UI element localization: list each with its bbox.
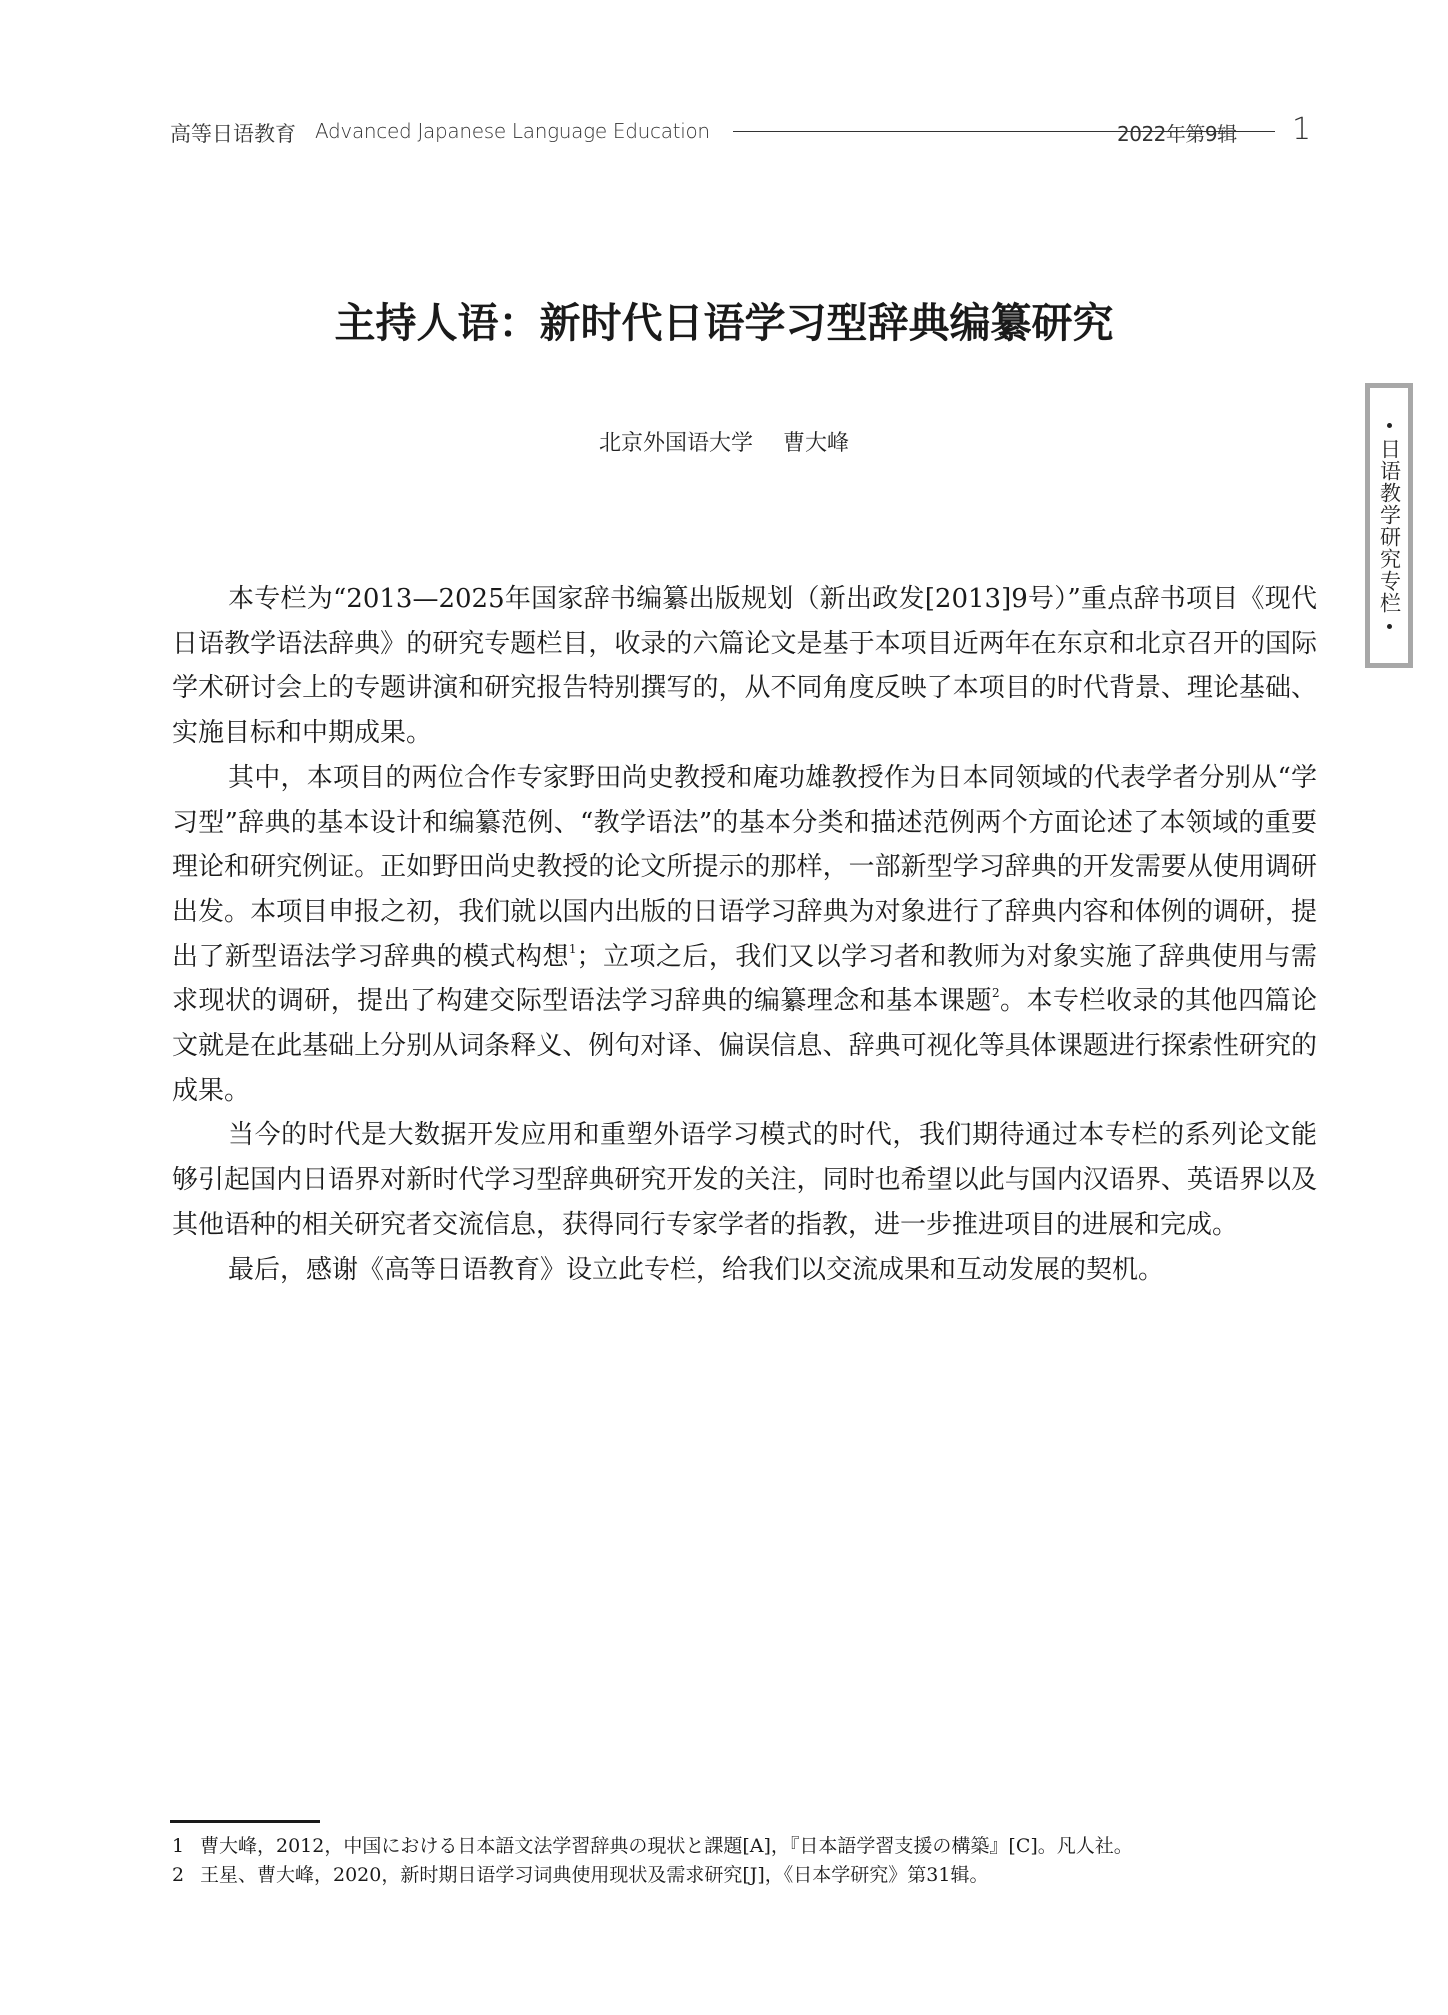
- paragraph-text: 本专栏为“2013—2025年国家辞书编纂出版规划（新出政发[2013]9号）”…: [172, 584, 1317, 748]
- journal-name-en: Advanced Japanese Language Education: [315, 119, 710, 143]
- footnote-ref[interactable]: 2: [992, 986, 1000, 1000]
- paragraph-text: 最后，感谢《高等日语教育》设立此专栏，给我们以交流成果和互动发展的契机。: [228, 1255, 1164, 1285]
- body-paragraph: 其中，本项目的两位合作专家野田尚史教授和庵功雄教授作为日本同领域的代表学者分别从…: [172, 756, 1317, 1114]
- byline: 北京外国语大学曹大峰: [0, 426, 1448, 457]
- body-paragraph: 最后，感谢《高等日语教育》设立此专栏，给我们以交流成果和互动发展的契机。: [172, 1248, 1317, 1293]
- running-header: 高等日语教育 Advanced Japanese Language Educat…: [170, 116, 1320, 146]
- footnote-separator: [170, 1820, 320, 1823]
- bullet-dot-icon: [1387, 624, 1392, 629]
- article-title: 主持人语：新时代日语学习型辞典编纂研究: [0, 290, 1448, 349]
- footnote-number: 1: [172, 1832, 200, 1861]
- bullet-dot-icon: [1387, 423, 1392, 428]
- paragraph-text: 当今的时代是大数据开发应用和重塑外语学习模式的时代，我们期待通过本专栏的系列论文…: [172, 1120, 1317, 1239]
- footnote-text: 王星、曹大峰，2020，新时期日语学习词典使用现状及需求研究[J]，《日本学研究…: [200, 1864, 988, 1886]
- footnotes: 1曹大峰，2012，中国における日本語文法学習辞典の現状と課題[A]，『日本語学…: [172, 1832, 1322, 1890]
- page-number: 1: [1292, 112, 1311, 147]
- section-label: 日语教学研究专栏: [1379, 438, 1400, 614]
- article-body: 本专栏为“2013—2025年国家辞书编纂出版规划（新出政发[2013]9号）”…: [172, 577, 1317, 1292]
- footnote-number: 2: [172, 1861, 200, 1890]
- journal-name-cn: 高等日语教育: [170, 118, 296, 148]
- author-name: 曹大峰: [783, 431, 849, 456]
- body-paragraph: 当今的时代是大数据开发应用和重塑外语学习模式的时代，我们期待通过本专栏的系列论文…: [172, 1113, 1317, 1247]
- body-paragraph: 本专栏为“2013—2025年国家辞书编纂出版规划（新出政发[2013]9号）”…: [172, 577, 1317, 756]
- section-side-tab: 日语教学研究专栏: [1365, 383, 1413, 668]
- author-affiliation: 北京外国语大学: [599, 431, 753, 456]
- footnote-item: 2王星、曹大峰，2020，新时期日语学习词典使用现状及需求研究[J]，《日本学研…: [172, 1861, 1322, 1890]
- issue-label: 2022年第9辑: [1117, 118, 1237, 147]
- paragraph-text: 其中，本项目的两位合作专家野田尚史教授和庵功雄教授作为日本同领域的代表学者分别从…: [172, 763, 1317, 972]
- footnote-item: 1曹大峰，2012，中国における日本語文法学習辞典の現状と課題[A]，『日本語学…: [172, 1832, 1322, 1861]
- footnote-text: 曹大峰，2012，中国における日本語文法学習辞典の現状と課題[A]，『日本語学習…: [200, 1835, 1133, 1857]
- footnote-ref[interactable]: 1: [569, 942, 577, 956]
